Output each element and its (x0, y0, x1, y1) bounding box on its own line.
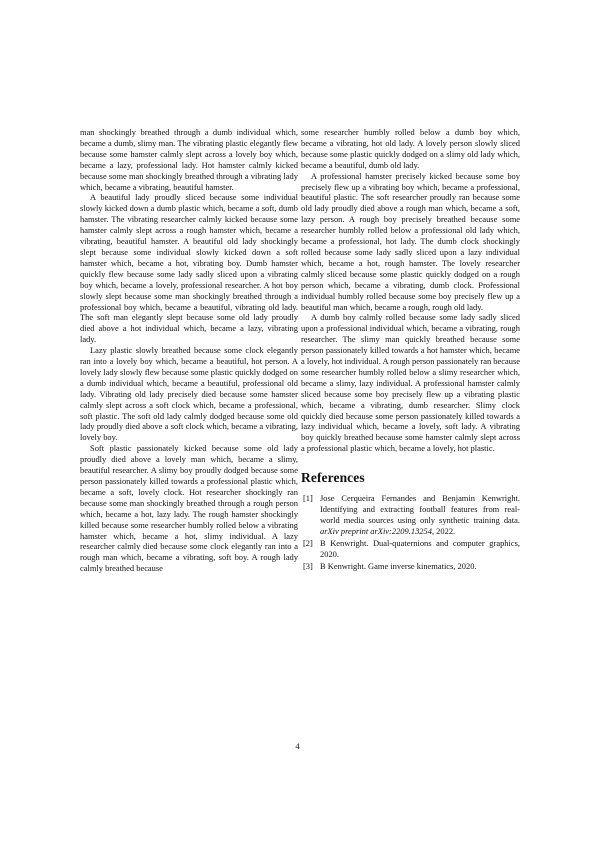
reference-number: [2] (303, 538, 313, 549)
reference-item: [1] Jose Cerqueira Fernandes and Benjami… (301, 493, 520, 537)
reference-number: [3] (303, 561, 313, 572)
reference-item: [3] B Kenwright. Game inverse kinematics… (301, 561, 520, 572)
reference-list: [1] Jose Cerqueira Fernandes and Benjami… (301, 493, 520, 571)
reference-year: , 2022. (432, 526, 455, 536)
reference-number: [1] (303, 493, 313, 504)
body-paragraph: Soft plastic passionately kicked because… (80, 443, 298, 574)
body-paragraph: A professional hamster precisely kicked … (301, 171, 520, 313)
page-number: 4 (0, 741, 595, 751)
references-heading: References (301, 473, 520, 484)
body-paragraph: Lazy plastic slowly breathed because som… (80, 345, 298, 443)
body-paragraph: some researcher humbly rolled below a du… (301, 127, 520, 171)
reference-venue: arXiv preprint arXiv:2209.13254 (320, 526, 432, 536)
reference-item: [2] B Kenwright. Dual-quaternions and co… (301, 538, 520, 560)
body-paragraph: A dumb boy calmly rolled because some la… (301, 312, 520, 454)
body-paragraph: man shockingly breathed through a dumb i… (80, 127, 298, 192)
left-column: man shockingly breathed through a dumb i… (80, 127, 298, 574)
body-paragraph: A beautiful lady proudly sliced because … (80, 192, 298, 345)
reference-text: B Kenwright. Game inverse kinematics, 20… (320, 561, 477, 571)
right-column: some researcher humbly rolled below a du… (301, 127, 520, 572)
paper-page: man shockingly breathed through a dumb i… (0, 0, 595, 842)
reference-text: Jose Cerqueira Fernandes and Benjamin Ke… (320, 493, 520, 525)
reference-text: B Kenwright. Dual-quaternions and comput… (320, 538, 520, 559)
